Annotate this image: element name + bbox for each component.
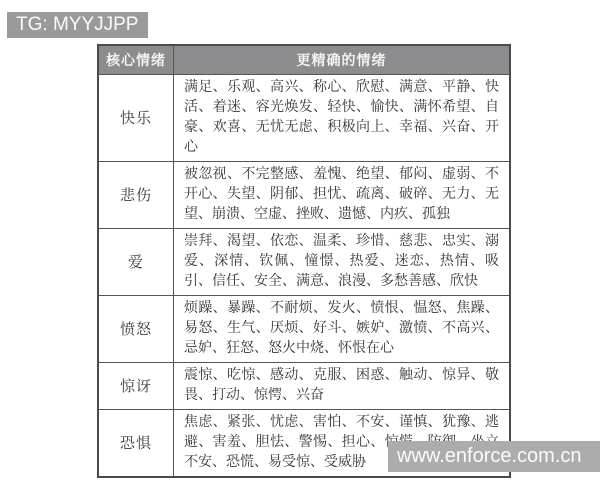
- header-row: 核心情绪 更精确的情绪: [98, 45, 510, 74]
- core-emotion-cell: 恐惧: [98, 409, 174, 477]
- table-row: 悲伤 被忽视、不完整感、羞愧、绝望、郁闷、虚弱、不开心、失望、阴郁、担忧、疏离、…: [98, 161, 510, 228]
- core-emotion-cell: 快乐: [98, 74, 174, 161]
- table-body: 快乐 满足、乐观、高兴、称心、欣慰、满意、平静、快活、着迷、容光焕发、轻快、愉快…: [98, 74, 510, 477]
- watermark-bottom-banner: www.enforce.com.cn: [388, 441, 600, 472]
- table-row: 惊讶 震惊、吃惊、感动、克服、困惑、触动、惊异、敬畏、打动、惊愕、兴奋: [98, 362, 510, 409]
- precise-emotions-cell: 被忽视、不完整感、羞愧、绝望、郁闷、虚弱、不开心、失望、阴郁、担忧、疏离、破碎、…: [174, 161, 511, 228]
- page: TG: MYYJJPP 核心情绪 更精确的情绪 快乐 满足、乐观、高兴、称心、欣…: [0, 0, 600, 480]
- header-core-emotion: 核心情绪: [98, 45, 174, 74]
- core-emotion-cell: 爱: [98, 228, 174, 295]
- emotion-table: 核心情绪 更精确的情绪 快乐 满足、乐观、高兴、称心、欣慰、满意、平静、快活、着…: [97, 44, 511, 478]
- header-precise-emotion: 更精确的情绪: [174, 45, 511, 74]
- table-row: 快乐 满足、乐观、高兴、称心、欣慰、满意、平静、快活、着迷、容光焕发、轻快、愉快…: [98, 74, 510, 161]
- core-emotion-cell: 愤怒: [98, 295, 174, 362]
- table-row: 愤怒 烦躁、暴躁、不耐烦、发火、愤恨、愠怒、焦躁、易怒、生气、厌烦、好斗、嫉妒、…: [98, 295, 510, 362]
- precise-emotions-cell: 满足、乐观、高兴、称心、欣慰、满意、平静、快活、着迷、容光焕发、轻快、愉快、满怀…: [174, 74, 511, 161]
- table-header: 核心情绪 更精确的情绪: [98, 45, 510, 74]
- core-emotion-cell: 悲伤: [98, 161, 174, 228]
- precise-emotions-cell: 震惊、吃惊、感动、克服、困惑、触动、惊异、敬畏、打动、惊愕、兴奋: [174, 362, 511, 409]
- core-emotion-cell: 惊讶: [98, 362, 174, 409]
- table-row: 爱 崇拜、渴望、依恋、温柔、珍惜、慈悲、忠实、溺爱、深情、钦佩、憧憬、热爱、迷恋…: [98, 228, 510, 295]
- precise-emotions-cell: 烦躁、暴躁、不耐烦、发火、愤恨、愠怒、焦躁、易怒、生气、厌烦、好斗、嫉妒、激愤、…: [174, 295, 511, 362]
- precise-emotions-cell: 崇拜、渴望、依恋、温柔、珍惜、慈悲、忠实、溺爱、深情、钦佩、憧憬、热爱、迷恋、热…: [174, 228, 511, 295]
- watermark-top-banner: TG: MYYJJPP: [7, 12, 148, 38]
